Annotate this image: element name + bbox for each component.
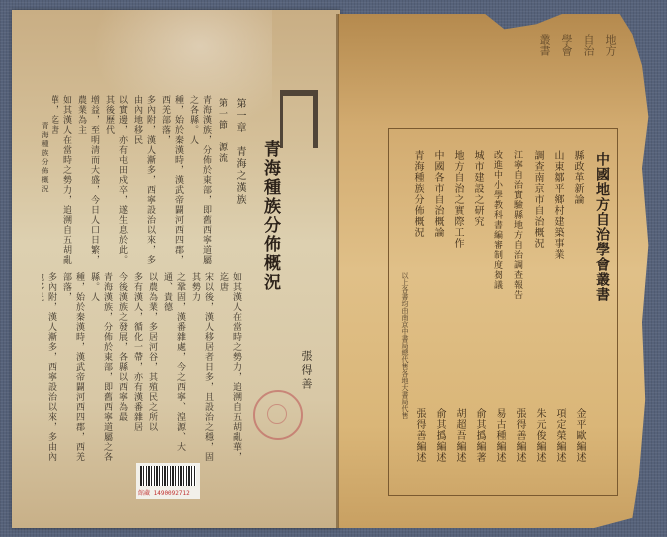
body-column: 青海漢族，分佈於東部，即舊西寧道屬之各縣。人 [87,272,113,462]
body-column: 如其漢人在當時之勢力，追溯自五胡亂華，迄唐 [52,95,72,265]
list-item-author: 俞其撝編述 [432,408,446,488]
body-column: 多有漢人，循化一帶，亦有漢番雜居 [130,272,143,462]
section-heading: 第一節 源流 [216,98,229,218]
list-item-title: 地方自治之實際工作 [450,150,464,330]
body-column: 增益，至明清而大盛，今日人口日繁，農業為主 [74,95,100,265]
body-text-upper: 青海漢族，分佈於東部，即舊西寧道屬之各縣。人 種，始於秦漢時，漢武帝闢河西四郡，… [52,95,212,265]
body-column: 宋以後，漢人移居者日多，且設治之穩，固其勢力 [188,272,214,462]
list-item-author: 張得善編述 [412,408,426,488]
list-item-author: 朱元俊編述 [532,408,546,488]
list-item-author: 胡超吾編述 [452,408,466,488]
list-item-title: 調查南京市自治概況 [530,150,544,330]
corner-text: 地方 [602,34,618,56]
corner-text: 自治 [580,34,596,56]
library-seal [253,390,303,440]
book-title-list: 縣政革新論 山東鄒平鄉村建築事業 調查南京市自治概況 江寧自治實驗縣地方自治調查… [404,150,584,330]
body-text-lower: 如其漢人在當時之勢力，追溯自五胡亂華，迄唐 宋以後，漢人移居者日多，且設治之穩，… [42,272,242,462]
title-ornament [280,90,318,148]
series-title: 中國地方自治學會叢書 [592,152,612,322]
list-item-title: 縣政革新論 [570,150,584,330]
running-footer: 青海種族分佈概況 [40,122,50,194]
chapter-heading: 第一章 青海之漢族 [232,98,247,218]
list-item-author: 易古種編述 [492,408,506,488]
list-item-title: 城市建設之研究 [470,150,484,330]
list-item-title: 改進中小學教科書編審制度芻議 [490,150,504,330]
list-item-author: 俞其撝編著 [472,408,486,488]
distribution-note: 以上各書均由南京中書局總代售各地大書局代售 [400,272,410,472]
barcode-icon [140,466,196,486]
list-item-title: 江寧自治實驗縣地方自治調查報告 [510,150,524,330]
book-author: 張得善 [298,350,314,392]
body-column: 如其漢人在當時之勢力，追溯自五胡亂華，迄唐 [216,272,242,462]
library-barcode-sticker: 館藏 1490092712 [136,463,200,499]
body-column: 今後漢族之發展，各縣以西寧為最 [115,272,128,462]
corner-text: 學會 [558,34,574,56]
book-title: 青海種族分佈概況 [258,140,283,380]
list-item-author: 項定榮編述 [552,408,566,488]
body-column: 多內附，漢人漸多，西寧設治以來，多由內地移民 [130,95,156,265]
body-column: 種，始於秦漢時，漢武帝闢河西四郡，西羌部落， [59,272,85,462]
book-spine [336,14,339,528]
body-column: 以農為業，多居河谷，其殖民之所以 [145,272,158,462]
list-item-title: 青海種族分佈概況 [410,150,424,330]
corner-text: 叢書 [536,34,552,56]
list-item-title: 山東鄒平鄉村建築事業 [550,150,564,330]
torn-corner-text: 地方 自治 學會 叢書 [536,34,618,56]
body-column: 青海漢族，分佈於東部，即舊西寧道屬之各縣。人 [186,95,212,265]
list-item-author: 張得善編述 [512,408,526,488]
list-item-author: 金平歐編述 [572,408,586,488]
list-item-title: 中國各市自治概論 [430,150,444,330]
body-column: 種，始於秦漢時，漢武帝闢河西四郡，西羌部落， [158,95,184,265]
book-author-list: 金平歐編述 項定榮編述 朱元俊編述 張得善編述 易古種編述 俞其撝編著 胡超吾編… [416,408,586,488]
body-column: 以實邊，亦有屯田戍卒，遂生息於此。其後歷代 [102,95,128,265]
body-column: 多內附，漢人漸多，西寧設治以來，多由內地移民 [42,272,57,462]
barcode-label: 館藏 1490092712 [138,488,198,497]
body-column: 之鞏固，漢番雜處，今之西寧、湟源、大通、貴德 [160,272,186,462]
